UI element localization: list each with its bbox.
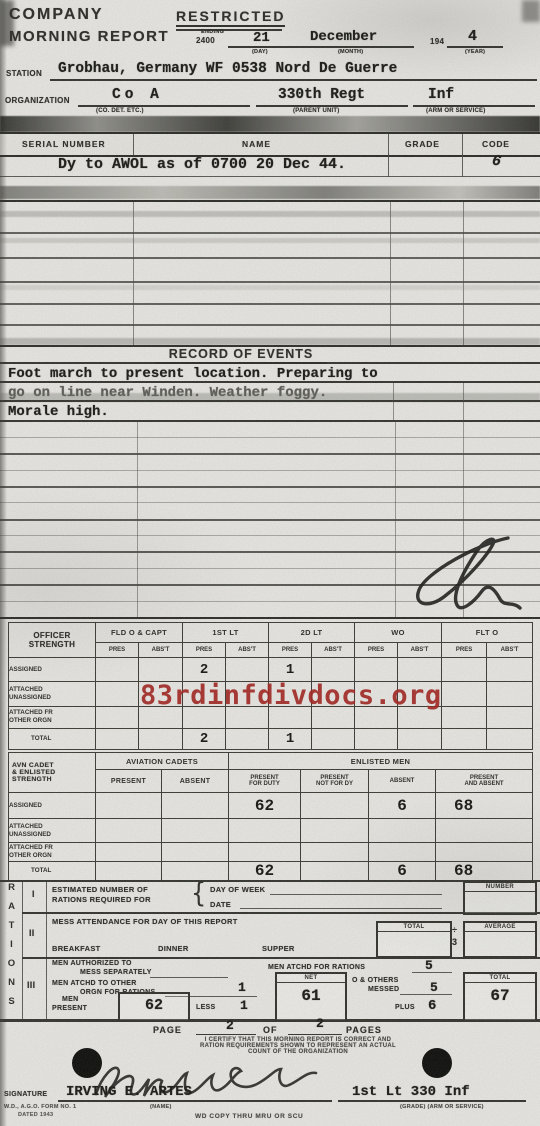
page-value: 2: [226, 1018, 234, 1033]
officer-cell: [312, 658, 355, 682]
enlisted-cell: [229, 843, 301, 862]
net-box: NET 61: [275, 972, 347, 1022]
roster-entry-div2: [388, 153, 389, 177]
punch-hole-right: [422, 1048, 452, 1078]
enlisted-col-cadet-present: PRESENT: [96, 770, 162, 793]
org-parent-sublabel: (PARENT UNIT): [293, 108, 339, 114]
atchd-for-rations-label: MEN ATCHD FOR RATIONS: [268, 964, 365, 971]
officer-cell: [398, 658, 442, 682]
rations-sec3-numeral: III: [27, 980, 35, 990]
officer-cell: [355, 728, 398, 749]
enlisted-cell: [96, 862, 162, 881]
enlisted-row-label2: UNASSIGNED: [9, 831, 95, 839]
plus-value: 6: [428, 998, 436, 1014]
enlisted-cell: 62: [229, 862, 301, 881]
classification-banner: RESTRICTED: [176, 8, 285, 27]
events-col-div2: [395, 421, 396, 617]
enlisted-col-present-for-duty: PRESENTFOR DUTY: [229, 770, 301, 793]
enlisted-col-cadet-absent: ABSENT: [162, 770, 229, 793]
number-box: NUMBER: [463, 881, 537, 915]
signature-label: SIGNATURE: [4, 1091, 47, 1098]
col-label: FOR DUTY: [229, 781, 300, 787]
officer-row-label: ASSIGNED: [9, 666, 42, 673]
enlisted-cell: 68: [436, 793, 533, 819]
officer-strength-title: OFFICER STRENGTH: [9, 623, 96, 658]
officer-title-line1: OFFICER: [9, 631, 95, 640]
atchd-for-rations-line: [412, 972, 452, 973]
officer-cell: [96, 728, 139, 749]
officer-cell: [487, 658, 533, 682]
breakfast-label: BREAKFAST: [52, 944, 101, 953]
roster-header-name: NAME: [242, 139, 271, 149]
roster-col-div1: [133, 202, 134, 345]
org-line-2: [256, 105, 408, 107]
page-line: [196, 1034, 256, 1035]
grade-sublabel: (GRADE) (ARM OR SERVICE): [400, 1104, 484, 1110]
officer-sub-pres: PRES: [96, 643, 139, 658]
atchd-for-rations-value: 5: [425, 958, 433, 973]
officer-cell: 1: [269, 658, 312, 682]
officer-cell: [139, 728, 183, 749]
enlisted-title-line1: AVN CADET: [12, 762, 95, 769]
officer-cell: [442, 728, 487, 749]
atchd-other-label1: MEN ATCHD TO OTHER: [52, 980, 137, 987]
officer-cell: [442, 658, 487, 682]
dinner-label: DINNER: [158, 944, 189, 953]
enlisted-col-present-and-absent: PRESENTAND ABSENT: [436, 770, 533, 793]
org-arm-sublabel: (ARM OR SERVICE): [426, 108, 485, 114]
enlisted-cell: 6: [369, 793, 436, 819]
supper-label: SUPPER: [262, 944, 295, 953]
men-present-box: 62: [118, 992, 190, 1022]
org-line-1: [78, 105, 250, 107]
signature-name-line: [58, 1100, 332, 1102]
roster-entry-baseline: [0, 176, 540, 177]
copy-note: WD COPY THRU MRU OR SCU: [195, 1113, 303, 1120]
officer-cell: [398, 728, 442, 749]
rations-total-box-value: 67: [465, 987, 535, 1005]
roster-rule: [0, 232, 540, 234]
rations-day-of-week-label: DAY OF WEEK: [210, 885, 265, 894]
col-label: NOT FOR DY: [301, 781, 368, 787]
roster-header-div2: [388, 134, 389, 155]
roster-header-row: SERIAL NUMBER NAME GRADE CODE: [0, 132, 540, 157]
rations-estimated-label2: RATIONS REQUIRED FOR: [52, 895, 151, 904]
men-present-label1: MEN: [62, 996, 78, 1003]
enlisted-title-line2: & ENLISTED: [12, 769, 95, 776]
certification-text: I CERTIFY THAT THIS MORNING REPORT IS CO…: [168, 1037, 428, 1055]
enlisted-strength-table: AVN CADET & ENLISTED STRENGTH AVIATION C…: [8, 752, 533, 881]
rations-date-label: DATE: [210, 900, 231, 909]
year-entry-line: [447, 46, 503, 48]
enlisted-cell: [162, 843, 229, 862]
events-line-1: Foot march to present location. Preparin…: [8, 366, 378, 382]
others-line: [400, 994, 452, 995]
enlisted-cell: [96, 819, 162, 843]
officer-cell: [226, 658, 269, 682]
enlisted-cell: [301, 793, 369, 819]
less-label: LESS: [196, 1004, 215, 1011]
form-number-line1: W.D., A.G.O. FORM NO. 1: [4, 1104, 76, 1110]
rations-total-box: TOTAL 67: [463, 972, 537, 1022]
roster-entry-code: 6: [491, 152, 502, 170]
col-label: ABSENT: [369, 778, 435, 784]
roster-rule: [0, 257, 540, 259]
officer-cell: [487, 706, 533, 728]
form-title-line1: COMPANY: [9, 6, 104, 24]
scan-band-2: [0, 186, 540, 199]
events-col-div2: [393, 383, 394, 420]
enlisted-group-aviation-cadets: AVIATION CADETS: [96, 753, 229, 770]
year-prefix: 194: [430, 37, 444, 46]
mess-total-box: TOTAL: [376, 921, 452, 958]
ending-label: ENDING: [201, 29, 224, 35]
month-entry-line: [302, 46, 414, 48]
rations-mess-attendance-label: MESS ATTENDANCE FOR DAY OF THIS REPORT: [52, 917, 238, 926]
rations-div-letters: [22, 881, 23, 1020]
divide-symbol: ÷: [452, 925, 457, 935]
org-line-3: [413, 105, 535, 107]
roster-header-div1: [133, 134, 134, 155]
officer-cell: [96, 682, 139, 706]
plus-label: PLUS: [395, 1004, 415, 1011]
men-authorized-label1: MEN AUTHORIZED TO: [52, 960, 132, 967]
enlisted-title-line3: STRENGTH: [12, 776, 95, 783]
day-of-week-line: [270, 894, 442, 895]
rations-bottom-rule: [0, 1019, 540, 1022]
organization-label: ORGANIZATION: [5, 96, 70, 105]
enlisted-cell: [229, 819, 301, 843]
month-sublabel: (MONTH): [338, 49, 363, 55]
enlisted-cell: [436, 843, 533, 862]
enlisted-row-attached-unassigned: ATTACHEDUNASSIGNED: [9, 819, 533, 843]
officer-cell: [96, 658, 139, 682]
atchd-other-value: 1: [238, 980, 246, 995]
ending-time: 2400: [196, 36, 215, 45]
rations-top-rule: [0, 880, 540, 882]
officer-sub-pres: PRES: [183, 643, 226, 658]
enlisted-row-label: ATTACHED: [9, 823, 95, 831]
org-unit-sublabel: (CO. DET. ETC.): [96, 108, 144, 114]
enlisted-cell: 68: [436, 862, 533, 881]
events-line-2: go on line near Winden. Weather foggy.: [8, 385, 327, 401]
signature-name: IRVING E. ARTES: [66, 1084, 192, 1100]
enlisted-cell: [436, 819, 533, 843]
roster-entry-div3: [462, 153, 463, 177]
officer-sub-pres: PRES: [442, 643, 487, 658]
enlisted-cell: [369, 819, 436, 843]
day-sublabel: (DAY): [252, 49, 268, 55]
enlisted-cell: 62: [229, 793, 301, 819]
handwritten-initial-scribble: [408, 528, 526, 622]
rations-div-numerals: [46, 881, 47, 1020]
enlisted-cell: [301, 819, 369, 843]
enlisted-cell: 6: [369, 862, 436, 881]
officer-sub-abst: ABS'T: [398, 643, 442, 658]
station-line: [50, 79, 537, 81]
year-entry: 4: [468, 28, 477, 45]
officer-cell: [312, 728, 355, 749]
rations-estimated-label1: ESTIMATED NUMBER OF: [52, 885, 148, 894]
enlisted-row-label2: OTHER ORGN: [9, 852, 95, 860]
enlisted-group-enlisted-men: ENLISTED MEN: [229, 753, 533, 770]
form-title-line2: MORNING REPORT: [9, 28, 169, 45]
roster-rule: [0, 324, 540, 326]
roster-header-code: CODE: [482, 139, 510, 149]
others-value: 5: [430, 980, 438, 995]
average-box-label: AVERAGE: [465, 923, 535, 932]
roster-entry-text: Dy to AWOL as of 0700 20 Dec 44.: [58, 156, 346, 173]
officer-cell: [442, 682, 487, 706]
col-label: AND ABSENT: [436, 781, 532, 787]
enlisted-cell: [96, 793, 162, 819]
pages-value: 2: [316, 1016, 324, 1031]
enlisted-row-label: ATTACHED FR: [9, 844, 95, 852]
officer-group-fldo-capt: FLD O & CAPT: [96, 623, 183, 643]
enlisted-cell: [162, 793, 229, 819]
officer-cell: 1: [269, 728, 312, 749]
rations-side-word: RATIONS: [6, 882, 17, 1022]
others-label2: MESSED: [368, 986, 399, 993]
men-present-value: 62: [120, 997, 188, 1014]
day-entry: 21: [253, 30, 270, 46]
net-box-value: 61: [277, 987, 345, 1005]
form-number-line2: DATED 1943: [18, 1112, 53, 1118]
pages-line: [288, 1034, 342, 1035]
officer-sub-abst: ABS'T: [487, 643, 533, 658]
org-parent-value: 330th Regt: [278, 87, 365, 103]
watermark-text: 83rdinfdivdocs.org: [140, 680, 442, 711]
brace-glyph: {: [191, 877, 206, 909]
net-box-label: NET: [277, 974, 345, 983]
roster-header-div3: [462, 134, 463, 155]
officer-cell: [487, 728, 533, 749]
number-box-label: NUMBER: [465, 883, 535, 892]
events-col-div3: [463, 383, 464, 420]
page-label: PAGE: [153, 1025, 182, 1035]
roster-col-div3: [463, 202, 464, 345]
officer-row-label: ATTACHED: [9, 686, 95, 694]
events-rule: [0, 453, 540, 455]
men-authorized-label2: MESS SEPARATELY: [80, 969, 152, 976]
signature-grade: 1st Lt 330 Inf: [352, 1084, 470, 1100]
enlisted-cell: [162, 819, 229, 843]
pages-label: PAGES: [346, 1025, 382, 1035]
officer-title-line2: STRENGTH: [9, 640, 95, 649]
cert-line3: COUNT OF THE ORGANIZATION: [168, 1049, 428, 1055]
enlisted-row-attached-fr-other: ATTACHED FROTHER ORGN: [9, 843, 533, 862]
month-entry: December: [310, 29, 377, 45]
events-rule-faint: [0, 502, 540, 503]
org-unit-value: Co A: [112, 87, 163, 103]
officer-cell: [226, 728, 269, 749]
enlisted-cell: [301, 862, 369, 881]
roster-col-div2: [390, 202, 391, 345]
officer-sub-abst: ABS'T: [139, 643, 183, 658]
officer-cell: [139, 658, 183, 682]
officer-cell: 2: [183, 658, 226, 682]
signature-grade-line: [338, 1100, 526, 1102]
officer-group-wo: WO: [355, 623, 442, 643]
officer-cell: [355, 658, 398, 682]
enlisted-cell: [369, 843, 436, 862]
events-col-div1: [137, 421, 138, 617]
officer-row-label2: OTHER ORGN: [9, 717, 95, 725]
enlisted-row-label: TOTAL: [31, 867, 51, 874]
officer-cell: [442, 706, 487, 728]
day-entry-line: [228, 46, 302, 48]
officer-row-label2: UNASSIGNED: [9, 694, 95, 702]
officer-row-label: ATTACHED FR: [9, 709, 95, 717]
officer-group-2d-lt: 2D LT: [269, 623, 355, 643]
station-label: STATION: [6, 69, 42, 78]
date-line: [240, 908, 442, 909]
officer-group-1st-lt: 1ST LT: [183, 623, 269, 643]
mess-separately-line: [150, 977, 228, 978]
average-box: AVERAGE: [463, 921, 537, 958]
roster-header-grade: GRADE: [405, 139, 440, 149]
officer-row-label: TOTAL: [31, 735, 51, 742]
events-rule-2: [0, 400, 540, 402]
events-rule-faint: [0, 437, 540, 438]
enlisted-col-present-not-for-dy: PRESENTNOT FOR DY: [301, 770, 369, 793]
officer-sub-abst: ABS'T: [226, 643, 269, 658]
station-value: Grobhau, Germany WF 0538 Nord De Guerre: [58, 61, 397, 77]
events-title: RECORD OF EVENTS: [155, 347, 327, 364]
less-value: 1: [240, 998, 248, 1013]
enlisted-cell: [301, 843, 369, 862]
of-label: OF: [263, 1025, 278, 1035]
mess-total-box-label: TOTAL: [378, 923, 450, 932]
officer-cell: [487, 682, 533, 706]
morning-report-document: COMPANY MORNING REPORT RESTRICTED ENDING…: [0, 0, 540, 1126]
officer-row-total: TOTAL 2 1: [9, 728, 533, 749]
enlisted-row-total: TOTAL 62 6 68: [9, 862, 533, 881]
rations-sec2-numeral: II: [29, 928, 35, 938]
rations-sec1-numeral: I: [32, 889, 35, 899]
roster-header-serial: SERIAL NUMBER: [22, 139, 106, 149]
enlisted-col-absent: ABSENT: [369, 770, 436, 793]
scan-blob-topright: [522, 0, 540, 22]
officer-sub-pres: PRES: [355, 643, 398, 658]
officer-cell: [96, 706, 139, 728]
name-sublabel: (NAME): [150, 1104, 172, 1110]
events-rule-faint: [0, 470, 540, 471]
scan-band-1: [0, 116, 540, 132]
events-rule: [0, 519, 540, 521]
rations-total-box-label: TOTAL: [465, 974, 535, 983]
year-sublabel: (YEAR): [465, 49, 485, 55]
others-label1: O & OTHERS: [352, 977, 399, 984]
men-present-label2: PRESENT: [52, 1005, 87, 1012]
events-rule-1: [0, 381, 540, 383]
events-line-3: Morale high.: [8, 404, 109, 420]
officer-row-assigned: ASSIGNED 2 1: [9, 658, 533, 682]
officer-sub-pres: PRES: [269, 643, 312, 658]
officer-cell: 2: [183, 728, 226, 749]
enlisted-cell: [96, 843, 162, 862]
roster-empty-rows: [0, 200, 540, 347]
officer-group-flt-o: FLT O: [442, 623, 533, 643]
roster-rule: [0, 303, 540, 305]
officer-sub-abst: ABS'T: [312, 643, 355, 658]
divide-by-three: 3: [452, 937, 457, 947]
enlisted-row-assigned: ASSIGNED 62 6 68: [9, 793, 533, 819]
roster-rule: [0, 281, 540, 283]
events-rule: [0, 486, 540, 488]
org-arm-value: Inf: [428, 87, 454, 103]
enlisted-row-label: ASSIGNED: [9, 802, 42, 809]
enlisted-strength-title: AVN CADET & ENLISTED STRENGTH: [9, 753, 96, 793]
